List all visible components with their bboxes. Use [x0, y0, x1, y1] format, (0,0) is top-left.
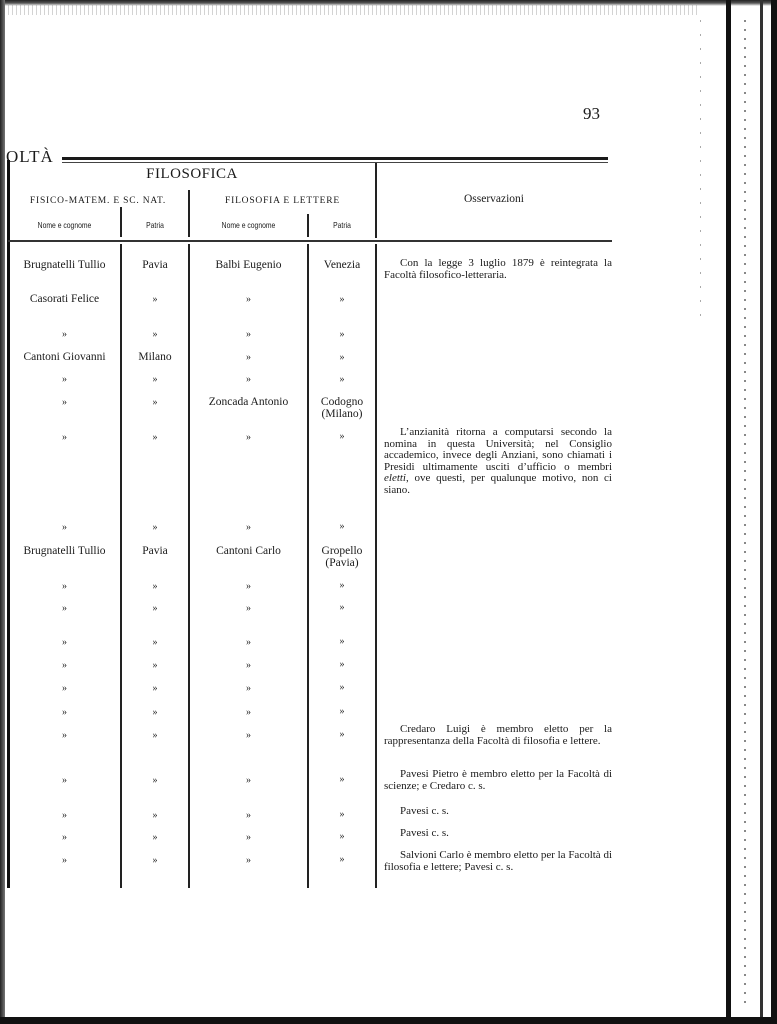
observation-note: Pavesi c. s. [384, 828, 612, 840]
fis-name-cell: » [8, 832, 121, 844]
observation-note: Salvioni Carlo è membro eletto per la Fa… [384, 850, 612, 873]
fil-name-cell: » [189, 522, 308, 534]
fil-patria-cell: Codogno [308, 396, 376, 408]
fis-name-cell: » [8, 637, 121, 649]
observation-text: , ove questi, per qualunque motivo, non … [384, 472, 612, 496]
fil-name-cell: Zoncada Antonio [189, 396, 308, 408]
running-head-fragment: OLTÀ [6, 147, 54, 167]
column-header-patria: Patria [315, 220, 369, 230]
fil-patria-cell: » [308, 329, 376, 341]
column-header-observations: Osservazioni [376, 193, 612, 205]
column-header-patria: Patria [128, 220, 182, 230]
fis-name-cell: » [8, 855, 121, 867]
fis-name-cell: » [8, 683, 121, 695]
header-rule [62, 162, 608, 163]
fil-patria-cell: » [308, 831, 376, 843]
fil-name-cell: » [189, 352, 308, 364]
observation-note: L’anzianità ritorna a computarsi secondo… [384, 427, 612, 497]
fil-name-cell: » [189, 730, 308, 742]
fis-name-cell: Brugnatelli Tullio [8, 259, 121, 271]
book-spine-edge [760, 0, 763, 1024]
fil-name-cell: » [189, 374, 308, 386]
fil-patria-province: (Milano) [308, 408, 376, 420]
column-divider [307, 214, 309, 237]
subgroup-title-fisico: FISICO-MATEM. E SC. NAT. [8, 196, 188, 206]
fil-patria-cell: » [308, 294, 376, 306]
column-header-name: Nome e cognome [19, 220, 109, 230]
page-edge-speckle [700, 20, 701, 320]
fis-name-cell: » [8, 397, 121, 409]
fis-patria-cell: » [121, 432, 189, 444]
fil-patria-cell: » [308, 431, 376, 443]
scan-top-speckle [0, 5, 700, 15]
fil-patria-cell: » [308, 352, 376, 364]
fis-patria-cell: » [121, 329, 189, 341]
fis-name-cell: Brugnatelli Tullio [8, 545, 121, 557]
observation-text: Pavesi Pietro è membro eletto per la Fac… [384, 768, 612, 792]
observation-note: Con la legge 3 luglio 1879 è reintegrata… [384, 258, 612, 281]
fil-name-cell: Balbi Eugenio [189, 259, 308, 271]
fis-name-cell: Casorati Felice [8, 293, 121, 305]
fis-name-cell: » [8, 775, 121, 787]
page-edge-speckle [744, 20, 746, 1010]
column-divider [120, 207, 122, 237]
observation-italic-text: eletti [384, 472, 406, 484]
fis-patria-cell: » [121, 294, 189, 306]
fis-patria-cell: » [121, 683, 189, 695]
fis-name-cell: » [8, 707, 121, 719]
fis-name-cell: » [8, 581, 121, 593]
faculty-title: FILOSOFICA [8, 166, 376, 183]
fis-patria-cell: Milano [121, 351, 189, 363]
page-number: 93 [583, 104, 600, 124]
fil-name-cell: » [189, 683, 308, 695]
fil-patria-cell: » [308, 659, 376, 671]
observation-text: Credaro Luigi è membro eletto per la rap… [384, 723, 612, 747]
fil-patria-cell: » [308, 636, 376, 648]
fil-patria-cell: Venezia [308, 259, 376, 271]
fil-patria-cell: » [308, 809, 376, 821]
fis-patria-cell: Pavia [121, 259, 189, 271]
observation-note: Pavesi c. s. [384, 806, 612, 818]
fis-patria-cell: » [121, 855, 189, 867]
fil-patria-cell: » [308, 729, 376, 741]
fil-name-cell: » [189, 855, 308, 867]
observation-note: Pavesi Pietro è membro eletto per la Fac… [384, 769, 612, 792]
observation-text: Pavesi c. s. [400, 827, 449, 839]
fis-patria-cell: » [121, 397, 189, 409]
fis-patria-cell: » [121, 660, 189, 672]
fil-patria-cell: » [308, 682, 376, 694]
fis-name-cell: » [8, 603, 121, 615]
fil-patria-cell: » [308, 602, 376, 614]
fil-name-cell: » [189, 637, 308, 649]
fis-name-cell: » [8, 522, 121, 534]
fis-patria-cell: » [121, 810, 189, 822]
fil-name-cell: » [189, 329, 308, 341]
fis-patria-cell: » [121, 374, 189, 386]
fis-patria-cell: » [121, 603, 189, 615]
book-spine-edge [771, 0, 777, 1024]
book-spine-edge [726, 0, 731, 1024]
fil-patria-province: (Pavia) [308, 557, 376, 569]
fil-name-cell: » [189, 832, 308, 844]
fil-name-cell: » [189, 775, 308, 787]
fis-patria-cell: » [121, 637, 189, 649]
fis-patria-cell: » [121, 522, 189, 534]
fil-name-cell: Cantoni Carlo [189, 545, 308, 557]
fil-patria-cell: » [308, 521, 376, 533]
fil-name-cell: » [189, 432, 308, 444]
fis-name-cell: » [8, 432, 121, 444]
fil-name-cell: » [189, 707, 308, 719]
fis-name-cell: » [8, 374, 121, 386]
fil-name-cell: » [189, 603, 308, 615]
scan-bottom-edge [0, 1017, 777, 1024]
observation-note: Credaro Luigi è membro eletto per la rap… [384, 724, 612, 747]
observation-text: L’anzianità ritorna a computarsi secondo… [384, 426, 612, 473]
fis-name-cell: » [8, 660, 121, 672]
fil-patria-cell: Gropello [308, 545, 376, 557]
fil-patria-cell: » [308, 374, 376, 386]
fis-patria-cell: » [121, 775, 189, 787]
fil-name-cell: » [189, 660, 308, 672]
fis-patria-cell: Pavia [121, 545, 189, 557]
fis-name-cell: » [8, 810, 121, 822]
fis-patria-cell: » [121, 730, 189, 742]
header-rule [62, 157, 608, 160]
fil-patria-cell: » [308, 706, 376, 718]
fil-patria-cell: » [308, 580, 376, 592]
subgroup-title-filosofia: FILOSOFIA E LETTERE [189, 196, 376, 206]
fil-name-cell: » [189, 294, 308, 306]
fis-name-cell: » [8, 329, 121, 341]
table-header-rule [8, 240, 612, 242]
fil-patria-cell: » [308, 854, 376, 866]
scan-left-edge [0, 0, 5, 1024]
fis-patria-cell: » [121, 707, 189, 719]
fil-name-cell: » [189, 810, 308, 822]
observation-text: Con la legge 3 luglio 1879 è reintegrata… [384, 257, 612, 281]
fis-patria-cell: » [121, 581, 189, 593]
fil-name-cell: » [189, 581, 308, 593]
fil-patria-cell: » [308, 774, 376, 786]
fis-patria-cell: » [121, 832, 189, 844]
observation-text: Salvioni Carlo è membro eletto per la Fa… [384, 849, 612, 873]
fis-name-cell: Cantoni Giovanni [8, 351, 121, 363]
column-header-name: Nome e cognome [201, 220, 296, 230]
fis-name-cell: » [8, 730, 121, 742]
observation-text: Pavesi c. s. [400, 805, 449, 817]
